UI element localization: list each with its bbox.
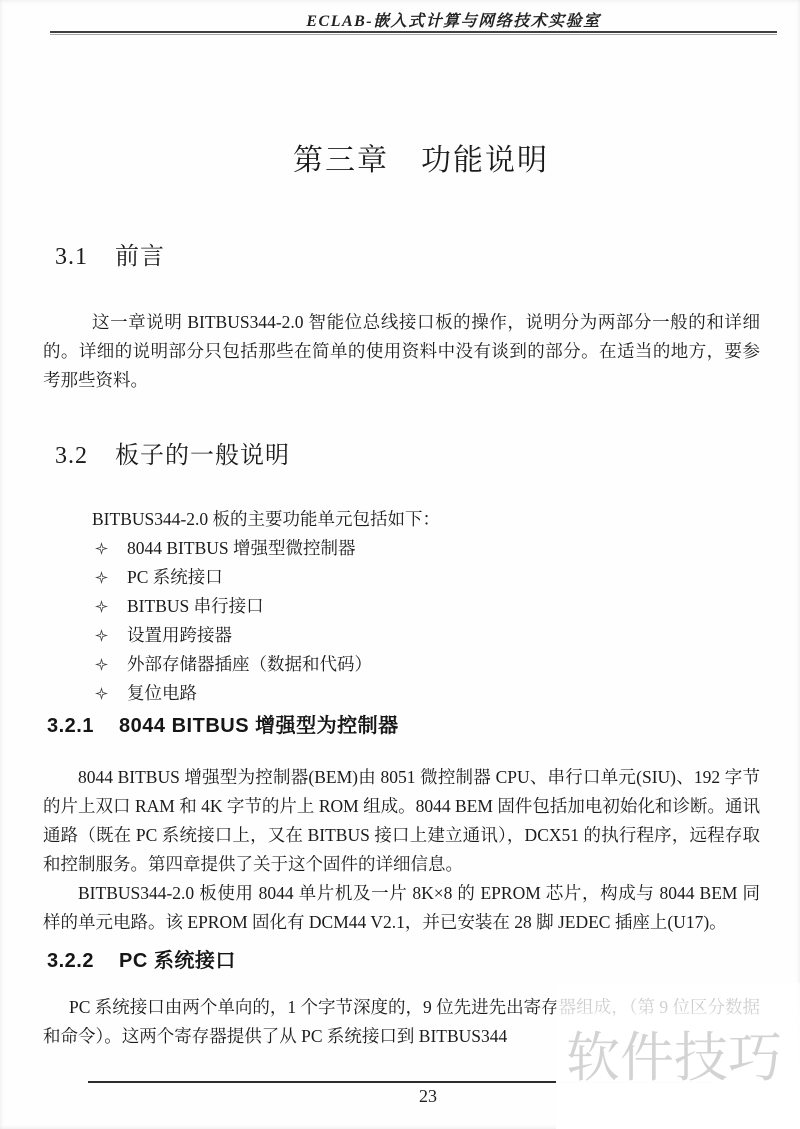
section-3-1-body: 这一章说明 BITBUS344-2.0 智能位总线接口板的操作，说明分为两部分一… [43,308,760,395]
document-page: ECLAB-嵌入式计算与网络技术实验室 第三章 功能说明 3.1 前言 这一章说… [0,0,800,1129]
paragraph: 8044 BITBUS 增强型为控制器(BEM)由 8051 微控制器 CPU、… [43,763,760,879]
diamond-bullet-icon [95,542,108,555]
section-3-2-1-body: 8044 BITBUS 增强型为控制器(BEM)由 8051 微控制器 CPU、… [43,763,760,937]
header-rule [50,31,777,35]
section-title: 前言 [115,244,165,270]
feature-list-intro: BITBUS344-2.0 板的主要功能单元包括如下： [43,505,760,534]
page-header-lab-title: ECLAB-嵌入式计算与网络技术实验室 [50,8,777,31]
list-item-label: 8044 BITBUS 增强型微控制器 [127,534,355,563]
section-heading-3-2: 3.2 板子的一般说明 [55,435,290,470]
list-item-label: 外部存储器插座（数据和代码） [127,650,372,679]
diamond-bullet-icon [95,687,108,700]
list-item-label: BITBUS 串行接口 [127,592,264,621]
list-item: PC 系统接口 [95,563,760,592]
list-item: 复位电路 [95,679,760,708]
section-title: PC 系统接口 [119,950,236,972]
paragraph: 这一章说明 BITBUS344-2.0 智能位总线接口板的操作，说明分为两部分一… [43,308,760,395]
section-number: 3.2.2 [47,950,94,972]
diamond-bullet-icon [95,658,108,671]
watermark-text: 软件技巧 [566,1031,782,1085]
diamond-bullet-icon [95,629,108,642]
section-number: 3.1 [55,244,88,270]
list-item: 外部存储器插座（数据和代码） [95,650,760,679]
section-heading-3-1: 3.1 前言 [55,236,165,271]
section-number: 3.2 [55,443,88,469]
diamond-bullet-icon [95,571,108,584]
list-item-label: 复位电路 [127,679,197,708]
list-item: BITBUS 串行接口 [95,592,760,621]
chapter-title: 第三章 功能说明 [0,135,800,179]
paragraph: BITBUS344-2.0 板使用 8044 单片机及一片 8K×8 的 EPR… [43,879,760,937]
list-item: 设置用跨接器 [95,621,760,650]
section-heading-3-2-1: 3.2.1 8044 BITBUS 增强型为控制器 [47,709,399,738]
list-item: 8044 BITBUS 增强型微控制器 [95,534,760,563]
section-title: 8044 BITBUS 增强型为控制器 [119,715,399,737]
section-heading-3-2-2: 3.2.2 PC 系统接口 [47,944,236,973]
feature-list: 8044 BITBUS 增强型微控制器 PC 系统接口 BITBUS 串行接口 … [43,534,760,708]
section-number: 3.2.1 [47,715,94,737]
section-title: 板子的一般说明 [115,443,290,469]
watermark-overlay: 软件技巧 [556,983,800,1129]
diamond-bullet-icon [95,600,108,613]
list-item-label: 设置用跨接器 [127,621,232,650]
list-item-label: PC 系统接口 [127,563,223,592]
section-3-2-body: BITBUS344-2.0 板的主要功能单元包括如下： 8044 BITBUS … [43,505,760,708]
